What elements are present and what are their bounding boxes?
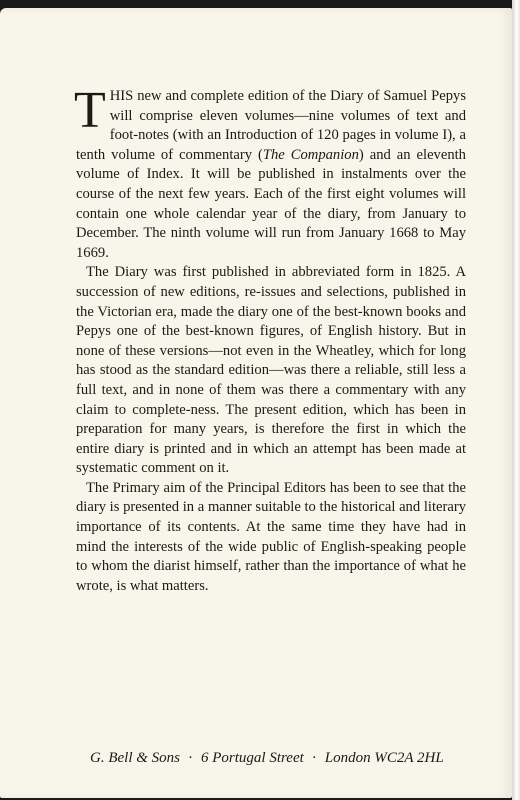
jacket-edge (512, 0, 520, 800)
paragraph-intro: THIS new and complete edition of the Dia… (76, 87, 466, 263)
paragraph-history: The Diary was first published in abbrevi… (76, 263, 466, 479)
companion-title: The Companion (263, 147, 359, 163)
publisher-name: G. Bell & Sons (90, 750, 180, 766)
drop-cap: T (74, 89, 106, 131)
separator-dot: · (188, 750, 193, 766)
separator-dot: · (312, 750, 317, 766)
blurb-text: THIS new and complete edition of the Dia… (76, 87, 466, 596)
publisher-imprint: G. Bell & Sons·6 Portugal Street·London … (90, 750, 470, 767)
publisher-street: 6 Portugal Street (201, 750, 304, 766)
paragraph-intro-tail: ) and an eleventh volume of Index. It wi… (76, 147, 466, 261)
publisher-city: London WC2A 2HL (325, 750, 444, 766)
paragraph-aim: The Primary aim of the Principal Editors… (76, 479, 466, 597)
book-jacket-back: THIS new and complete edition of the Dia… (0, 8, 512, 798)
